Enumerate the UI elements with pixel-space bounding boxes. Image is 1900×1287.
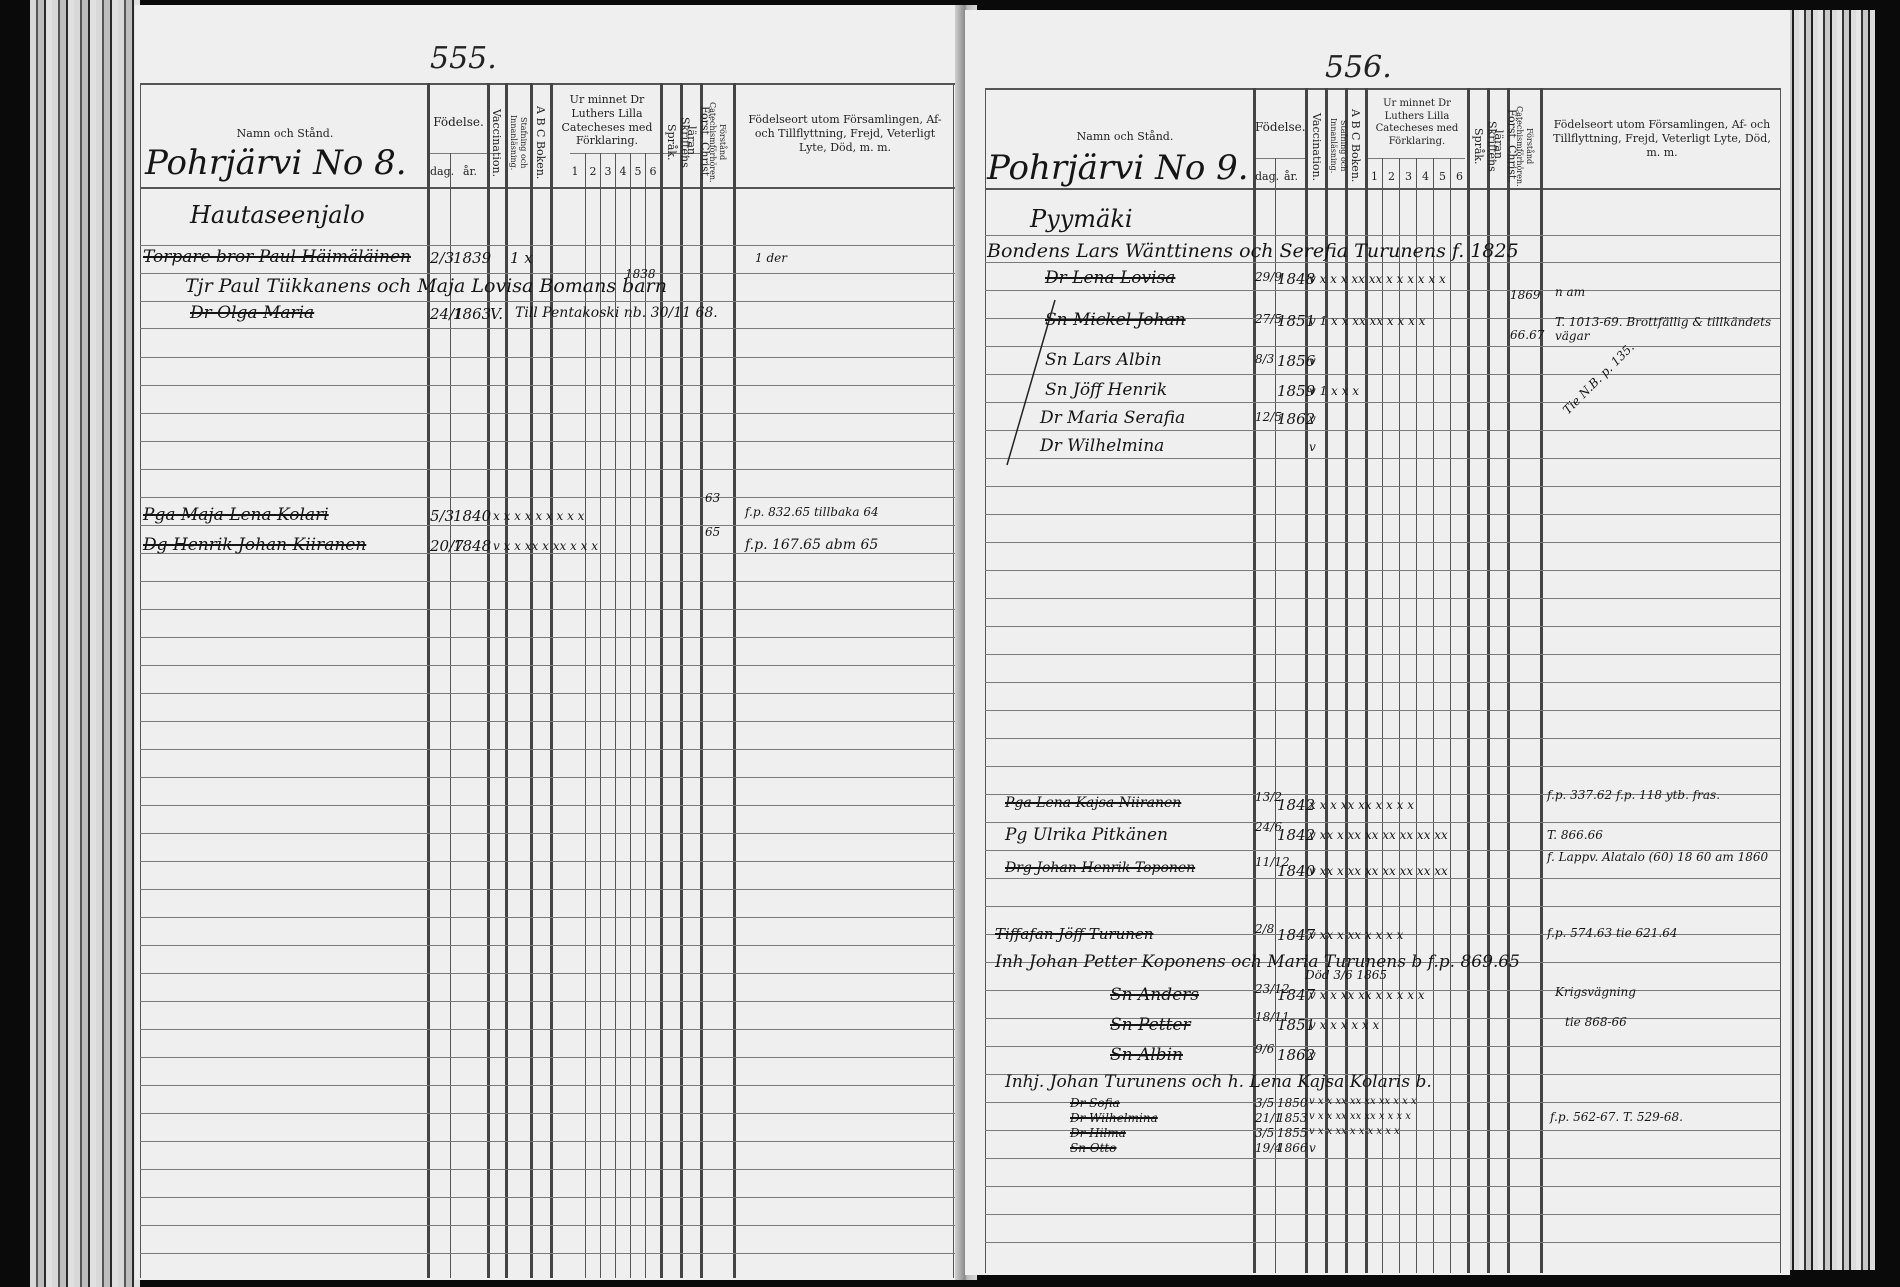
header-birth-year: år. [455, 165, 485, 179]
header-birth: Födelse. [430, 115, 487, 130]
entry-name: Pga Maja Lena Kolari [143, 505, 329, 525]
entry-col-note: 63 [705, 491, 720, 505]
header-catechism: Ur minnet Dr Luthers Lilla Catecheses me… [555, 93, 659, 148]
entry-marks: 1 x [510, 249, 533, 267]
catechism-col-5: 5 [632, 165, 644, 179]
entry-name: Dg Henrik Johan Kiiranen [143, 535, 366, 555]
entry-birth-year: 1839 [453, 249, 491, 267]
entry-marks: v x x xx x xx x x x [493, 539, 598, 553]
household-title: Pohrjärvi No 8. [145, 143, 407, 183]
col-rule [630, 153, 631, 1278]
col-rule [505, 83, 508, 1278]
catechism-col-2: 2 [587, 165, 599, 179]
col-rule [550, 83, 553, 1278]
catechism-col-3: 3 [602, 165, 614, 179]
catechism-col-6: 6 [647, 165, 659, 179]
place-name: Hautaseenjalo [190, 201, 365, 229]
header-reading: Stafning och Innanläsning. [508, 100, 528, 185]
header-abc: A B C Boken. [533, 100, 547, 185]
book-page-edges-left [30, 0, 140, 1287]
entry-birth-year: 1848 [453, 537, 491, 555]
bracket-stroke [965, 10, 1790, 1275]
left-page: 555. Namn och Stånd. Födelse. dag. år. V… [135, 5, 965, 1280]
entry-remark: f.p. 167.65 abm 65 [745, 537, 878, 553]
header-remarks: Födelseort utom Församlingen, Af- och Ti… [740, 113, 950, 154]
col-rule [953, 83, 954, 1278]
entry-name: Dr Olga Maria [190, 303, 314, 323]
book-page-edges-right [1780, 10, 1875, 1270]
col-rule [680, 83, 683, 1278]
header-bottom-rule [140, 187, 955, 189]
header-understanding: Förstånd Catechismförhören. [707, 100, 727, 185]
header-top-rule [140, 83, 955, 85]
col-rule [585, 153, 586, 1278]
entry-remark: Till Pentakoski nb. 30/11 68. [515, 305, 718, 321]
entry-birth-day: 2/3 [430, 249, 454, 267]
right-page: 556. Namn och Stånd. Födelse. dag. år. V… [965, 10, 1790, 1275]
entry-birth-year: 1840 [453, 507, 491, 525]
entry-birth-day: 5/3 [430, 507, 454, 525]
header-name: Namn och Stånd. [185, 127, 385, 141]
entry-marks: x x x x x x x x x [493, 509, 584, 523]
col-rule [645, 153, 646, 1278]
col-rule [660, 83, 663, 1278]
col-rule [600, 153, 601, 1278]
birth-subrule [430, 153, 495, 154]
col-rule [733, 83, 736, 1278]
col-rule [700, 83, 703, 1278]
entry-remark: 1 der [755, 251, 787, 265]
entry-marks: V. [490, 305, 503, 323]
header-birth-day: dag. [430, 165, 450, 179]
entry-year-note: 1838 [625, 267, 656, 281]
col-rule [615, 153, 616, 1278]
entry-name: Tjr Paul Tiikkanens och Maja Lovisa Boma… [185, 275, 667, 297]
entry-birth-year: 1863 [453, 305, 491, 323]
header-vaccination: Vaccination. [489, 103, 503, 183]
entry-remark: f.p. 832.65 tillbaka 64 [745, 505, 879, 519]
entry-name: Torpare bror Paul Häimäläinen [143, 247, 411, 267]
catechism-col-4: 4 [617, 165, 629, 179]
entry-col-note: 65 [705, 525, 720, 539]
catechism-col-1: 1 [567, 165, 583, 179]
col-rule [140, 83, 141, 1278]
page-number: 555. [430, 41, 497, 76]
